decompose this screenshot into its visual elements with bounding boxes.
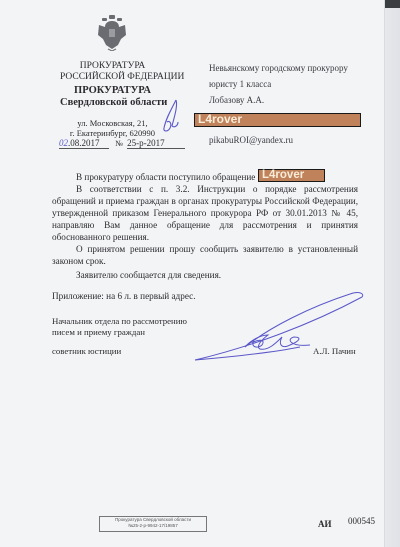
address-line1: ул. Московская, 21,: [60, 118, 165, 128]
document-page: ПРОКУРАТУРА РОССИЙСКОЙ ФЕДЕРАЦИИ ПРОКУРА…: [0, 0, 385, 547]
office-line2: Свердловской области: [60, 97, 165, 109]
office-name: ПРОКУРАТУРА Свердловской области: [60, 85, 165, 109]
doc-date-field: 02.08.2017: [59, 138, 109, 149]
redacted-recipient-name: L4rover: [194, 113, 361, 127]
p4: Заявителю сообщается для сведения.: [76, 270, 221, 280]
signer-rank: советник юстиции: [52, 346, 121, 356]
form-series: АИ: [318, 519, 332, 529]
p2-line2: обращений и приема граждан в органах про…: [52, 196, 358, 206]
recipient-email: pikabuROI@yandex.ru: [209, 135, 293, 145]
doc-number-label: №: [115, 139, 123, 148]
address-line2: г. Екатеринбург, 620990: [60, 128, 165, 138]
body-paragraph-1: В прокуратуру области поступило обращени…: [76, 172, 255, 182]
signer-position-line2: писем и приему граждан: [52, 327, 145, 337]
handwritten-initials-icon: [160, 98, 182, 136]
p2-line1: В соответствии с п. 3.2. Инструкции о по…: [76, 184, 358, 194]
org-name: ПРОКУРАТУРА РОССИЙСКОЙ ФЕДЕРАЦИИ: [60, 61, 165, 83]
p2-line4: направляю Вам данное обращение для рассм…: [52, 220, 358, 230]
p3-line1: О принятом решении прошу сообщить заявит…: [76, 244, 358, 254]
org-line1: ПРОКУРАТУРА: [60, 61, 165, 72]
scan-edge-shadow: [385, 0, 400, 8]
scan-edge: [384, 0, 400, 547]
attachment-note: Приложение: на 6 л. в первый адрес.: [52, 291, 196, 301]
redacted-applicant-name: L4rover: [258, 169, 325, 182]
stamp-line2: №25-2-р-9942-17/19857: [100, 523, 206, 529]
doc-number: 25-р-2017: [127, 138, 185, 149]
doc-date: .08.2017: [68, 138, 100, 148]
office-line1: ПРОКУРАТУРА: [60, 85, 165, 97]
recipient-line1: Невьянскому городскому прокурору: [209, 63, 348, 73]
form-serial-number: 000545: [348, 516, 375, 526]
doc-date-number: 02.08.2017 № 25-р-2017: [59, 138, 185, 149]
p1-text: В прокуратуру области поступило обращени…: [76, 172, 255, 182]
p3-line2: законом срок.: [52, 256, 106, 266]
org-line2: РОССИЙСКОЙ ФЕДЕРАЦИИ: [60, 72, 165, 83]
recipient-line3: Лобазову А.А.: [209, 95, 264, 105]
registration-stamp: Прокуратура Свердловской области №25-2-р…: [99, 516, 207, 532]
signature-icon: [190, 285, 365, 365]
coat-of-arms-icon: [97, 15, 127, 51]
doc-date-handwritten: 02: [59, 138, 68, 148]
sender-address: ул. Московская, 21, г. Екатеринбург, 620…: [60, 118, 165, 138]
p2-line5: обоснованного решения.: [52, 232, 149, 242]
signer-position-line1: Начальник отдела по рассмотрению: [52, 316, 187, 326]
recipient-line2: юристу 1 класса: [209, 79, 271, 89]
p2-line3: утвержденной приказом Генерального проку…: [52, 208, 358, 218]
